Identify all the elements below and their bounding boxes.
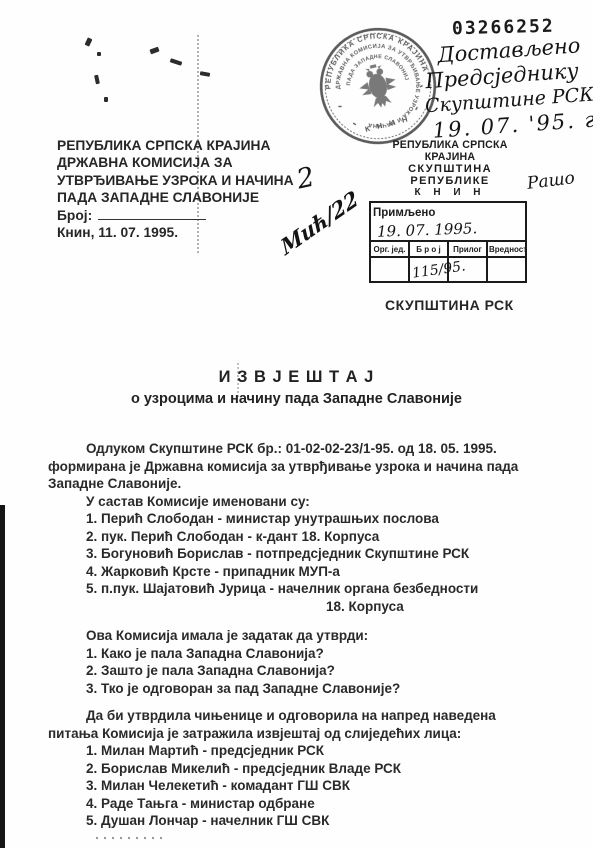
list-item: 3. Милан Челекетић - комадант ГШ СВК <box>86 777 548 795</box>
receipt-stamp: РЕПУБЛИКА СРПСКА КРАЈИНА СКУПШТИНА РЕПУБ… <box>369 139 531 283</box>
spacer <box>48 697 548 707</box>
sender-letterhead: РЕПУБЛИКА СРПСКА КРАЈИНА ДРЖАВНА КОМИСИЈ… <box>57 137 294 241</box>
list-item: 5. Душан Лончар - начелник ГШ СВК <box>86 812 548 830</box>
document-title: И З В Ј Е Ш Т А Ј <box>0 368 593 387</box>
letterhead-line: ПАДА ЗАПАДНЕ СЛАВОНИЈЕ <box>57 189 294 206</box>
scan-edge-artifact <box>0 505 5 848</box>
scan-speck <box>200 71 211 77</box>
report-persons-list: 1. Милан Мартић - предсједник РСК 2. Бор… <box>86 742 548 830</box>
list-item: 5. п.пук. Шајатовић Јурица - начелник ор… <box>86 580 548 598</box>
list-item: 1. Перић Слободан - министар унутрашњих … <box>86 510 548 528</box>
list-item: 2. пук. Перић Слободан - к-дант 18. Корп… <box>86 528 548 546</box>
list-item: 3. Богуновић Борислав - потпредсједник С… <box>86 545 548 563</box>
handwritten-delivery-note: Достављено Предсједнику Скупштине РСК 19… <box>421 30 593 144</box>
document-number-line: Број: <box>57 207 294 224</box>
commission-members-list: 1. Перић Слободан - министар унутрашњих … <box>86 510 548 615</box>
handwritten-received-date: 19. 07. 1995. <box>377 219 478 240</box>
seal-inner-text: ПАДА ЗАПАДНЕ СЛАВОНИЈЕ <box>303 14 409 103</box>
list-item: 2. Зашто је пала Западна Славонија? <box>86 662 548 680</box>
scan-speck <box>97 52 101 56</box>
receipt-stamp-line: РЕПУБЛИКА СРПСКА КРАЈИНА <box>369 139 531 163</box>
number-label: Број: <box>57 208 92 223</box>
document-subtitle: о узроцима и начину пада Западне Славони… <box>0 391 593 407</box>
received-label: Примљено <box>373 207 435 219</box>
members-intro: У састав Комисије именовани су: <box>48 493 548 511</box>
tasks-list: 1. Како је пала Западна Славонија? 2. За… <box>86 645 548 698</box>
scanned-document-page: РЕПУБЛИКА СРПСКА КРАЈИНА ДРЖАВНА КОМИСИЈ… <box>0 0 593 848</box>
scan-speck <box>85 37 93 46</box>
list-item: 1. Како је пала Западна Славонија? <box>86 645 548 663</box>
addressee: СКУПШТИНА РСК <box>385 297 514 313</box>
column-header-org: Орг. јед. <box>370 241 409 257</box>
receipt-stamp-table: Примљено 19. 07. 1995. Орг. јед. Б р о ј… <box>369 201 527 283</box>
scan-speck <box>104 97 108 102</box>
list-item: 2. Борислав Микелић - предсједник Владе … <box>86 760 548 778</box>
letterhead-line: УТВРЂИВАЊЕ УЗРОКА И НАЧИНА <box>57 172 294 189</box>
document-body: Одлуком Скупштине РСК бр.: 01-02-02-23/1… <box>48 440 548 830</box>
org-value-cell <box>370 257 409 282</box>
spacer <box>48 615 548 627</box>
value-value-cell <box>487 257 526 282</box>
place-date-line: Книн, 11. 07. 1995. <box>57 224 294 241</box>
scan-speck <box>94 75 100 85</box>
column-header-attachment: Прилог <box>448 241 487 257</box>
column-header-value: Вредност <box>487 241 526 257</box>
tasks-intro: Ова Комисија имала је задатак да утврди: <box>48 627 548 645</box>
letterhead-line: ДРЖАВНА КОМИСИЈА ЗА <box>57 154 294 171</box>
receipt-stamp-line: СКУПШТИНА РЕПУБЛИКЕ <box>369 163 531 187</box>
scan-speck <box>170 58 183 66</box>
letterhead-line: РЕПУБЛИКА СРПСКА КРАЈИНА <box>57 137 294 154</box>
double-headed-eagle-emblem <box>355 60 402 111</box>
paragraph: Одлуком Скупштине РСК бр.: 01-02-02-23/1… <box>48 440 548 493</box>
case-number-cell: 115/95. <box>409 257 448 282</box>
svg-text:ПАДА ЗАПАДНЕ СЛАВОНИЈЕ: ПАДА ЗАПАДНЕ СЛАВОНИЈЕ <box>303 14 409 103</box>
seal-bottom-text: К Н И Н <box>364 114 411 134</box>
list-item: 1. Милан Мартић - предсједник РСК <box>86 742 548 760</box>
list-item: 4. Раде Тањга - министар одбране <box>86 795 548 813</box>
scan-speck <box>96 837 166 839</box>
receipt-stamp-line: К Н И Н <box>369 187 531 198</box>
handwritten-margin-number: 2 <box>294 162 317 196</box>
title-block: И З В Ј Е Ш Т А Ј о узроцима и начину па… <box>0 368 593 407</box>
list-item: 4. Жарковић Крсте - припадник МУП-а <box>86 563 548 581</box>
blank-number-line <box>98 207 206 220</box>
scan-speck <box>149 47 159 55</box>
paragraph: Да би утврдила чињенице и одговорила на … <box>48 707 548 742</box>
list-item-continuation: 18. Корпуса <box>326 598 548 616</box>
column-header-number: Б р о ј <box>409 241 448 257</box>
list-item: 3. Тко је одговоран за пад Западне Славо… <box>86 680 548 698</box>
handwritten-side-note: Рашо <box>526 168 576 194</box>
received-cell: Примљено 19. 07. 1995. <box>370 202 526 241</box>
